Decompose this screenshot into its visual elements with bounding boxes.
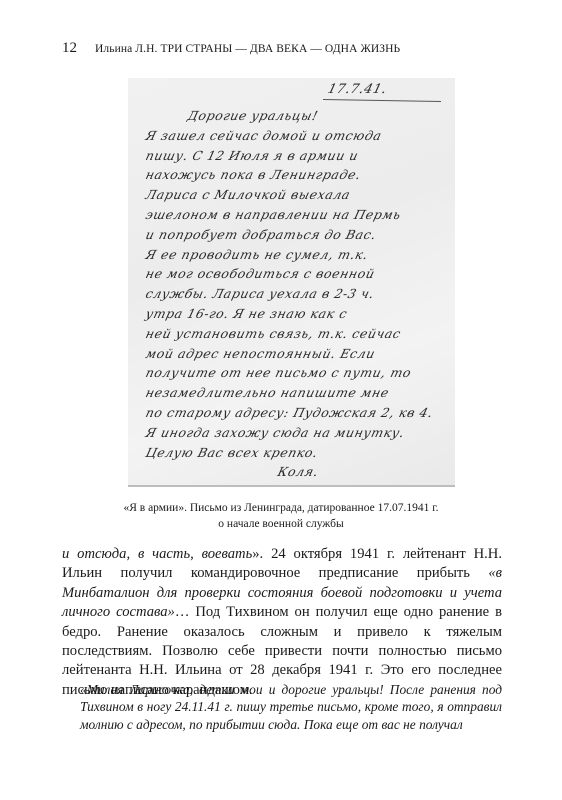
figure-caption: «Я в армии». Письмо из Ленинграда, датир… xyxy=(80,500,482,532)
handwritten-line: нахожусь пока в Ленинграде. xyxy=(144,167,363,182)
handwritten-line: не мог освободиться с военной xyxy=(144,266,377,281)
date-underline xyxy=(323,99,441,102)
block-quote: «Милая Ларисочка, детки мои и дорогие ур… xyxy=(80,681,502,733)
handwritten-line: утра 16-го. Я не знаю как с xyxy=(144,306,349,321)
letter-scan-image: 17.7.41. Дорогие уральцы!Я зашел сейчас … xyxy=(128,78,455,487)
handwritten-line: Я зашел сейчас домой и отсюда xyxy=(144,128,383,143)
page-number: 12 xyxy=(62,40,95,57)
quote-text: «Милая Ларисочка, детки мои и дорогие ур… xyxy=(80,681,502,733)
handwritten-line: Лариса с Милочкой выехала xyxy=(144,187,352,202)
handwritten-line: получите от нее письмо с пути, то xyxy=(144,365,413,380)
letter-signature: Коля. xyxy=(276,464,320,479)
handwritten-line: Целую Вас всех крепко. xyxy=(144,445,320,460)
running-head-title: Ильина Л.Н. ТРИ СТРАНЫ — ДВА ВЕКА — ОДНА… xyxy=(95,43,400,55)
running-head: 12 Ильина Л.Н. ТРИ СТРАНЫ — ДВА ВЕКА — О… xyxy=(62,40,502,57)
handwritten-line: эшелоном в направлении на Пермь xyxy=(144,207,403,222)
letter-date: 17.7.41. xyxy=(326,82,388,97)
handwritten-line: службы. Лариса уехала в 2-3 ч. xyxy=(144,286,376,301)
handwritten-line: незамедлительно напишите мне xyxy=(144,385,391,400)
caption-line-2: о начале военной службы xyxy=(80,516,482,532)
handwritten-line: ней установить связь, т.к. сейчас xyxy=(144,326,403,341)
body-italic-a: и отсюда, в часть, воевать xyxy=(62,546,252,562)
caption-line-1: «Я в армии». Письмо из Ленинграда, датир… xyxy=(80,500,482,516)
handwritten-line: Дорогие уральцы! xyxy=(186,108,320,123)
handwritten-line: Я иногда захожу сюда на минутку. xyxy=(144,425,406,440)
handwritten-line: по старому адресу: Пудожская 2, кв 4. xyxy=(144,405,435,420)
handwritten-line: Я ее проводить не сумел, т.к. xyxy=(144,247,370,262)
handwritten-line: и попробует добраться до Вас. xyxy=(144,227,378,242)
body-paragraph: и отсюда, в часть, воевать». 24 октября … xyxy=(62,545,502,700)
handwritten-line: мой адрес непостоянный. Если xyxy=(144,346,377,361)
handwritten-line: пишу. С 12 Июля я в армии и xyxy=(144,148,360,163)
